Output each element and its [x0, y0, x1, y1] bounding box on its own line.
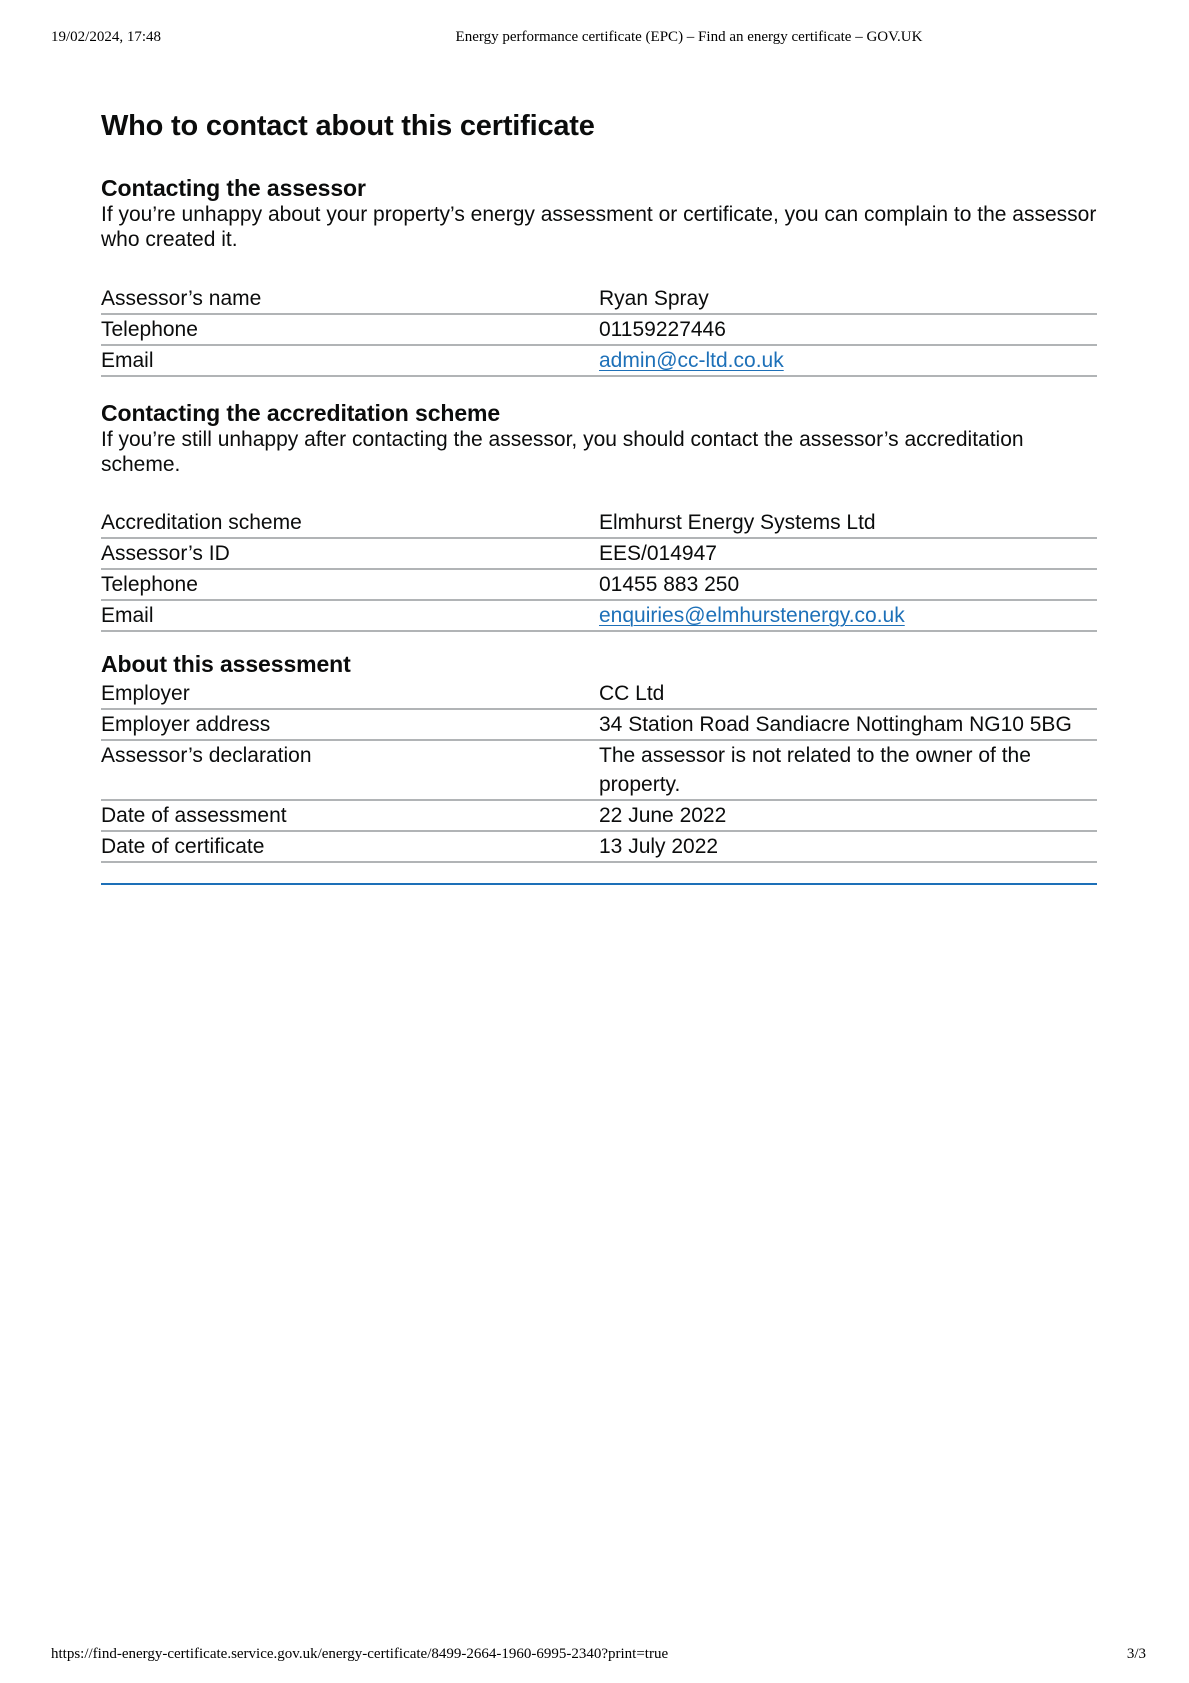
table-row: Employer address 34 Station Road Sandiac…	[101, 709, 1097, 740]
table-row: Employer CC Ltd	[101, 679, 1097, 709]
table-row: Accreditation scheme Elmhurst Energy Sys…	[101, 508, 1097, 538]
accreditation-section: Contacting the accreditation scheme If y…	[101, 399, 1097, 632]
print-header: 19/02/2024, 17:48 Energy performance cer…	[0, 29, 1189, 49]
row-key: Telephone	[101, 314, 599, 345]
row-key: Email	[101, 600, 599, 631]
assessor-email-link[interactable]: admin@cc-ltd.co.uk	[599, 349, 784, 372]
row-key: Assessor’s name	[101, 284, 599, 314]
row-key: Employer	[101, 679, 599, 709]
table-row: Date of assessment 22 June 2022	[101, 800, 1097, 831]
scheme-telephone-value: 01455 883 250	[599, 569, 1097, 600]
assessment-details-table: Employer CC Ltd Employer address 34 Stat…	[101, 679, 1097, 863]
assessor-section: Contacting the assessor If you’re unhapp…	[101, 174, 1097, 377]
section-divider	[101, 883, 1097, 885]
accreditation-contact-table: Accreditation scheme Elmhurst Energy Sys…	[101, 508, 1097, 632]
print-page-number: 3/3	[1127, 1646, 1146, 1663]
table-row: Assessor’s declaration The assessor is n…	[101, 740, 1097, 800]
print-url: https://find-energy-certificate.service.…	[51, 1646, 668, 1663]
row-key: Date of assessment	[101, 800, 599, 831]
assessor-id-value: EES/014947	[599, 538, 1097, 569]
assessor-description: If you’re unhappy about your property’s …	[101, 202, 1097, 252]
row-key: Date of certificate	[101, 831, 599, 862]
page-title: Who to contact about this certificate	[101, 108, 1097, 144]
row-key: Assessor’s declaration	[101, 740, 599, 800]
accreditation-scheme-value: Elmhurst Energy Systems Ltd	[599, 508, 1097, 538]
assessment-section: About this assessment Employer CC Ltd Em…	[101, 650, 1097, 863]
row-key: Email	[101, 345, 599, 376]
certificate-contact-content: Who to contact about this certificate Co…	[101, 108, 1097, 885]
assessor-contact-table: Assessor’s name Ryan Spray Telephone 011…	[101, 284, 1097, 377]
date-of-assessment-value: 22 June 2022	[599, 800, 1097, 831]
print-footer: https://find-energy-certificate.service.…	[0, 1646, 1189, 1666]
row-key: Assessor’s ID	[101, 538, 599, 569]
table-row: Assessor’s ID EES/014947	[101, 538, 1097, 569]
scheme-email-link[interactable]: enquiries@elmhurstenergy.co.uk	[599, 604, 905, 627]
print-page-title: Energy performance certificate (EPC) – F…	[0, 29, 1189, 46]
assessor-declaration-value: The assessor is not related to the owner…	[599, 740, 1097, 800]
assessment-heading: About this assessment	[101, 650, 1097, 678]
table-row: Telephone 01159227446	[101, 314, 1097, 345]
accreditation-description: If you’re still unhappy after contacting…	[101, 427, 1097, 477]
table-row: Telephone 01455 883 250	[101, 569, 1097, 600]
row-key: Employer address	[101, 709, 599, 740]
row-key: Accreditation scheme	[101, 508, 599, 538]
accreditation-heading: Contacting the accreditation scheme	[101, 399, 1097, 427]
table-row: Email admin@cc-ltd.co.uk	[101, 345, 1097, 376]
assessor-heading: Contacting the assessor	[101, 174, 1097, 202]
assessor-telephone-value: 01159227446	[599, 314, 1097, 345]
assessor-name-value: Ryan Spray	[599, 284, 1097, 314]
table-row: Date of certificate 13 July 2022	[101, 831, 1097, 862]
table-row: Assessor’s name Ryan Spray	[101, 284, 1097, 314]
table-row: Email enquiries@elmhurstenergy.co.uk	[101, 600, 1097, 631]
employer-address-value: 34 Station Road Sandiacre Nottingham NG1…	[599, 709, 1097, 740]
date-of-certificate-value: 13 July 2022	[599, 831, 1097, 862]
row-key: Telephone	[101, 569, 599, 600]
employer-value: CC Ltd	[599, 679, 1097, 709]
